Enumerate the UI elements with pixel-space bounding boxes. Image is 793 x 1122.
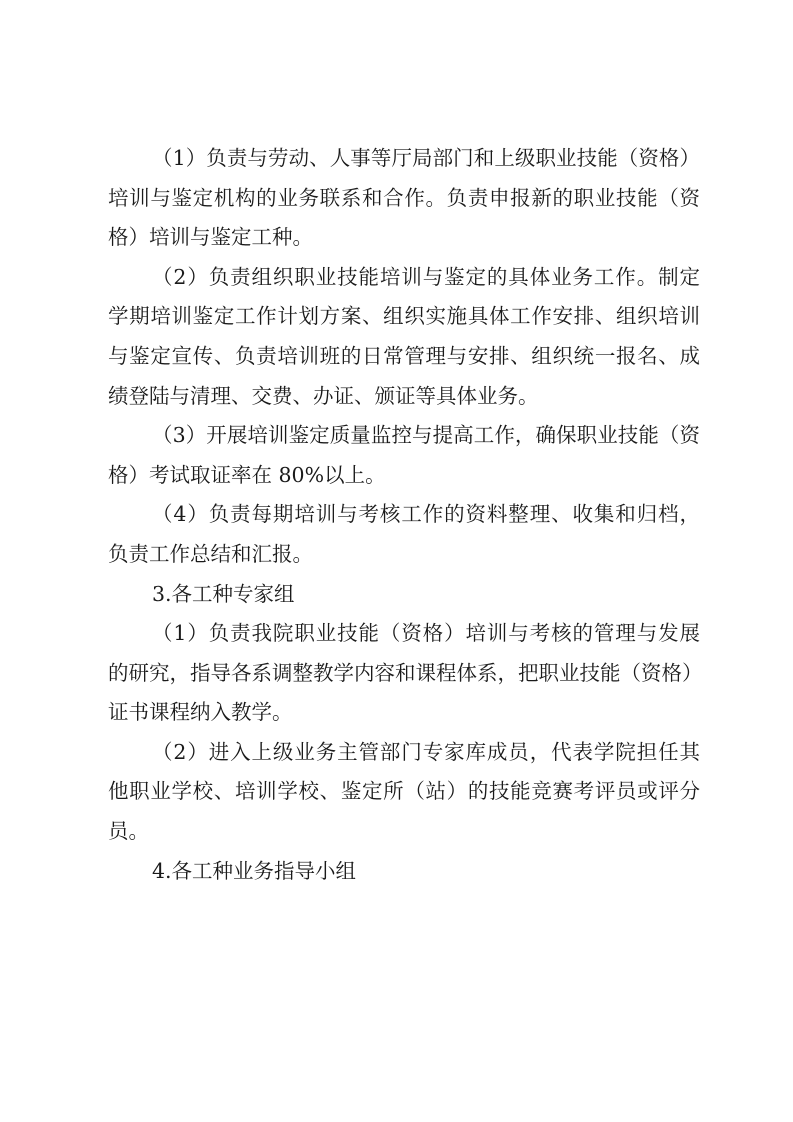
document-page: （1）负责与劳动、人事等厅局部门和上级职业技能（资格） 培训与鉴定机构的业务联系… (0, 0, 793, 1122)
paragraph-line: 绩登陆与清理、交费、办证、颁证等具体业务。 (108, 381, 700, 411)
paragraph-line: 与鉴定宣传、负责培训班的日常管理与安排、组织统一报名、成 (108, 341, 700, 371)
paragraph-line: 的研究，指导各系调整教学内容和课程体系，把职业技能（资格） (108, 658, 700, 688)
paragraph-line: 他职业学校、培训学校、鉴定所（站）的技能竞赛考评员或评分 (108, 776, 700, 806)
section-heading: 4.各工种业务指导小组 (152, 856, 700, 886)
paragraph-line: 培训与鉴定机构的业务联系和合作。负责申报新的职业技能（资 (108, 183, 700, 213)
paragraph-line: 格）考试取证率在 80%以上。 (108, 460, 700, 490)
section-heading: 3.各工种专家组 (152, 579, 700, 609)
paragraph-line: 负责工作总结和汇报。 (108, 539, 700, 569)
paragraph-line: （2）负责组织职业技能培训与鉴定的具体业务工作。制定 (152, 262, 700, 292)
paragraph-line: （1）负责与劳动、人事等厅局部门和上级职业技能（资格） (152, 143, 700, 173)
paragraph-line: 证书课程纳入教学。 (108, 697, 700, 727)
paragraph-line: （2）进入上级业务主管部门专家库成员，代表学院担任其 (152, 737, 700, 767)
paragraph-line: （3）开展培训鉴定质量监控与提高工作，确保职业技能（资 (152, 420, 700, 450)
paragraph-line: 格）培训与鉴定工种。 (108, 222, 700, 252)
paragraph-line: （1）负责我院职业技能（资格）培训与考核的管理与发展 (152, 618, 700, 648)
paragraph-line: 员。 (108, 816, 700, 846)
paragraph-line: （4）负责每期培训与考核工作的资料整理、收集和归档， (152, 499, 700, 529)
paragraph-line: 学期培训鉴定工作计划方案、组织实施具体工作安排、组织培训 (108, 301, 700, 331)
